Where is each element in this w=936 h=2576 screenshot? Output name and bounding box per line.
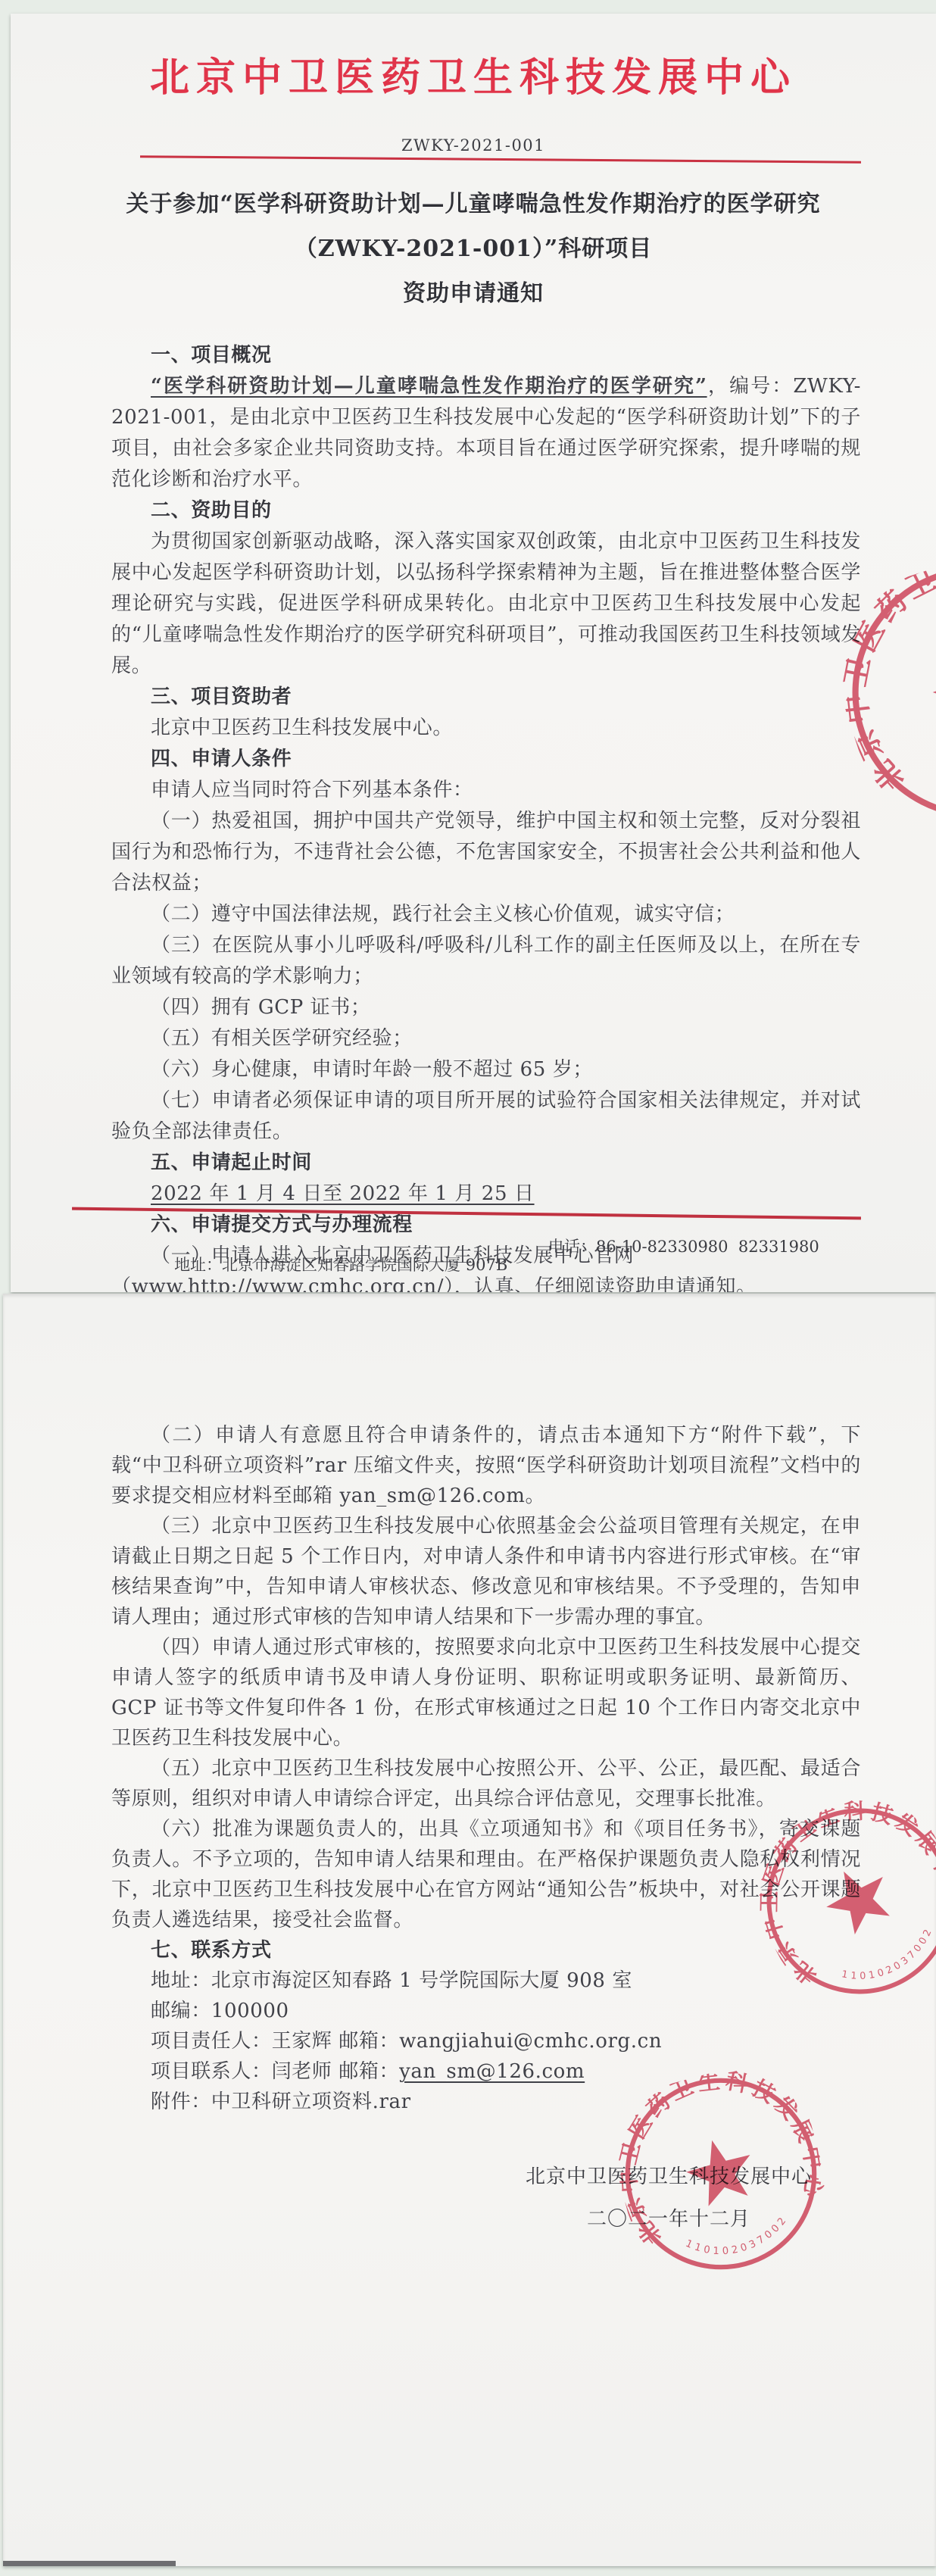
- section-1-paragraph: “医学科研资助计划—儿童哮喘急性发作期治疗的医学研究”，编号：ZWKY-2021…: [111, 371, 861, 495]
- condition-item-1: （一）热爱祖国，拥护中国共产党领导，维护中国主权和领土完整，反对分裂祖国行为和恐…: [111, 806, 861, 899]
- notice-title-line1: 关于参加“医学科研资助计划—儿童哮喘急性发作期治疗的医学研究: [11, 182, 936, 226]
- condition-item-5: （五）有相关医学研究经验；: [111, 1023, 861, 1054]
- contact-manager: 项目责任人：王家辉 邮箱：wangjiahui@cmhc.org.cn: [111, 2026, 861, 2056]
- procedure-item-4: （四）申请人通过形式审核的，按照要求向北京中卫医药卫生科技发展中心提交申请人签字…: [111, 1632, 861, 1753]
- page1-body: 一、项目概况 “医学科研资助计划—儿童哮喘急性发作期治疗的医学研究”，编号：ZW…: [111, 340, 861, 1292]
- notice-title-line3: 资助申请通知: [11, 271, 936, 316]
- section-4-heading: 四、申请人条件: [111, 744, 861, 775]
- document-page-2: （二）申请人有意愿且符合申请条件的，请点击本通知下方“附件下载”，下载“中卫科研…: [3, 1294, 936, 2566]
- section-7-heading: 七、联系方式: [111, 1935, 861, 1966]
- section-2-heading: 二、资助目的: [111, 495, 861, 526]
- condition-item-4: （四）拥有 GCP 证书；: [111, 992, 861, 1023]
- page1-footer: 地址：北京市海淀区知春路学院国际大厦 907B 电话：86-10-8233098…: [144, 1235, 507, 1292]
- section-2-paragraph: 为贯彻国家创新驱动战略，深入落实国家双创政策，由北京中卫医药卫生科技发展中心发起…: [111, 526, 861, 682]
- seal-star-icon: [680, 2132, 760, 2210]
- letterhead-divider-line: [140, 155, 861, 163]
- document-page-1: 北京中卫医药卫生科技发展中心 ZWKY-2021-001 关于参加“医学科研资助…: [11, 14, 936, 1292]
- footer-phone: 电话：86-10-82330980 82331980: [548, 1235, 819, 1257]
- seal-star-icon: [816, 1856, 900, 1941]
- contact-address: 地址：北京市海淀区知春路 1 号学院国际大厦 908 室: [111, 1966, 861, 1996]
- section-5-heading: 五、申请起止时间: [111, 1147, 861, 1179]
- contact-zip: 邮编：100000: [111, 1996, 861, 2026]
- notice-title: 关于参加“医学科研资助计划—儿童哮喘急性发作期治疗的医学研究 （ZWKY-202…: [11, 182, 936, 316]
- project-name-underlined: “医学科研资助计划—儿童哮喘急性发作期治疗的医学研究”: [151, 375, 707, 398]
- section-3-paragraph: 北京中卫医药卫生科技发展中心。: [111, 713, 861, 744]
- scanned-notice-document: 北京中卫医药卫生科技发展中心 ZWKY-2021-001 关于参加“医学科研资助…: [0, 0, 936, 2576]
- condition-item-2: （二）遵守中国法律法规，践行社会主义核心价值观，诚实守信；: [111, 899, 861, 930]
- contact-liaison-email: yan_sm@126.com: [399, 2060, 585, 2083]
- condition-item-7: （七）申请者必须保证申请的项目所开展的试验符合国家相关法律规定，并对试验负全部法…: [111, 1085, 861, 1147]
- application-period-dates: 2022 年 1 月 4 日至 2022 年 1 月 25 日: [151, 1182, 535, 1205]
- section-3-heading: 三、项目资助者: [111, 682, 861, 713]
- condition-item-6: （六）身心健康，申请时年龄一般不超过 65 岁；: [111, 1054, 861, 1085]
- contact-liaison-label: 项目联系人：闫老师 邮箱：: [151, 2060, 399, 2083]
- condition-item-3: （三）在医院从事小儿呼吸科/呼吸科/儿科工作的副主任医师及以上，在所在专业领域有…: [111, 930, 861, 992]
- seal-star-icon: [923, 635, 936, 741]
- seal-serial-number: 110102037002: [682, 2211, 796, 2268]
- application-period: 2022 年 1 月 4 日至 2022 年 1 月 25 日: [111, 1179, 861, 1210]
- procedure-item-3: （三）北京中卫医药卫生科技发展中心依照基金会公益项目管理有关规定，在申请截止日期…: [111, 1511, 861, 1632]
- page2-body: （二）申请人有意愿且符合申请条件的，请点击本通知下方“附件下载”，下载“中卫科研…: [111, 1420, 861, 2117]
- section-1-heading: 一、项目概况: [111, 340, 861, 371]
- page-edge-shadow: [3, 2561, 176, 2566]
- section-4-intro: 申请人应当同时符合下列基本条件：: [111, 775, 861, 806]
- notice-title-line2: （ZWKY-2021-001）”科研项目: [11, 226, 936, 271]
- footer-address: 地址：北京市海淀区知春路学院国际大厦 907B: [174, 1256, 507, 1274]
- letterhead-org-title: 北京中卫医药卫生科技发展中心: [11, 45, 936, 102]
- procedure-item-2: （二）申请人有意愿且符合申请条件的，请点击本通知下方“附件下载”，下载“中卫科研…: [111, 1420, 861, 1511]
- doc-number: ZWKY-2021-001: [11, 136, 936, 155]
- procedure-item-5: （五）北京中卫医药卫生科技发展中心按照公开、公平、公正，最匹配、最适合等原则，组…: [111, 1753, 861, 1814]
